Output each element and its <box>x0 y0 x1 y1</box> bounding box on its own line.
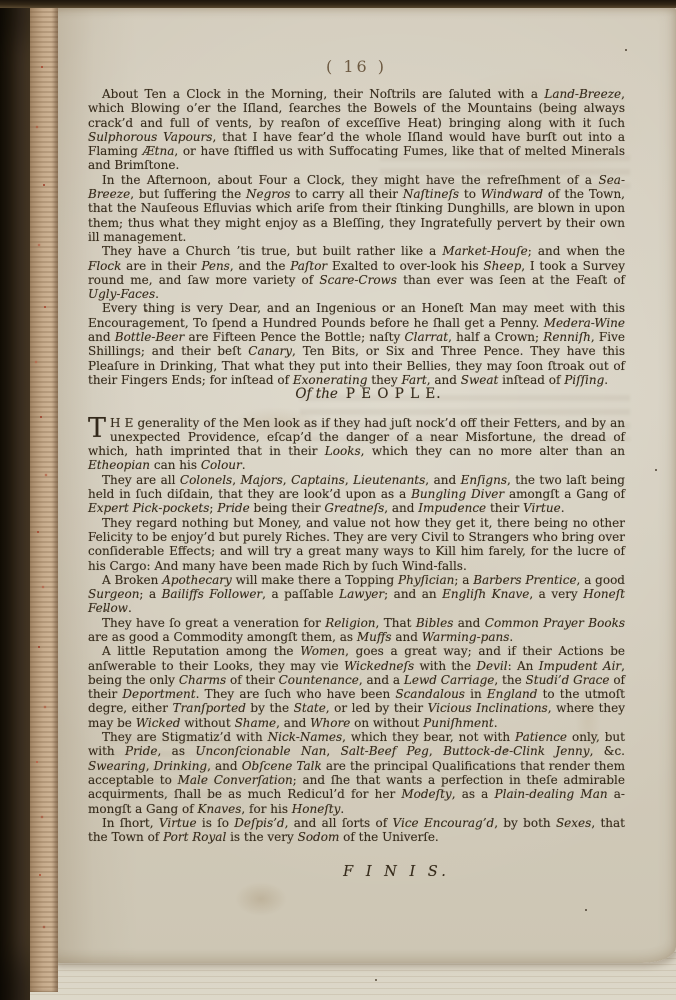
body-paragraph: They are all Colonels, Majors, Captains,… <box>88 473 625 516</box>
book-photo: ( 16 ) About Ten a Clock in the Morning,… <box>0 0 676 1000</box>
body-paragraph: They are Stigmatiz’d with Nick-Names, wh… <box>88 730 625 816</box>
lead-paragraph: TH E generality of the Men look as if th… <box>88 416 625 473</box>
body-paragraph: They have ſo great a veneration for Reli… <box>88 616 625 645</box>
book-cover-top-edge <box>0 0 676 8</box>
paper-stain <box>235 882 287 916</box>
page-number: ( 16 ) <box>88 57 625 76</box>
body-paragraph: In ſhort, Virtue is ſo Deſpis’d, and all… <box>88 816 625 845</box>
book-page: ( 16 ) About Ten a Clock in the Morning,… <box>50 7 676 963</box>
text-block: About Ten a Clock in the Morning, their … <box>88 87 625 880</box>
finis-label: F I N I S. <box>88 865 625 879</box>
drop-cap-initial: T <box>88 416 110 440</box>
body-paragraph: About Ten a Clock in the Morning, their … <box>88 87 625 173</box>
body-paragraph: A Broken Apothecary will make there a To… <box>88 573 625 616</box>
body-paragraph: In the Afternoon, about Four a Clock, th… <box>88 173 625 244</box>
section-heading-title: P E O P L E. <box>346 386 442 402</box>
lead-paragraph-text: H E generality of the Men look as if the… <box>88 416 625 473</box>
body-paragraph: A little Reputation among the Women, goe… <box>88 644 625 730</box>
body-paragraph: They regard nothing but Money, and value… <box>88 516 625 573</box>
body-paragraph: They have a Church ’tis true, but built … <box>88 244 625 301</box>
section-heading-prefix: Of the <box>295 386 337 402</box>
body-paragraph: Every thing is very Dear, and an Ingenio… <box>88 301 625 387</box>
section-heading: Of theP E O P L E. <box>88 387 625 401</box>
paper-specks <box>625 49 627 51</box>
book-binding-spine <box>0 0 30 1000</box>
